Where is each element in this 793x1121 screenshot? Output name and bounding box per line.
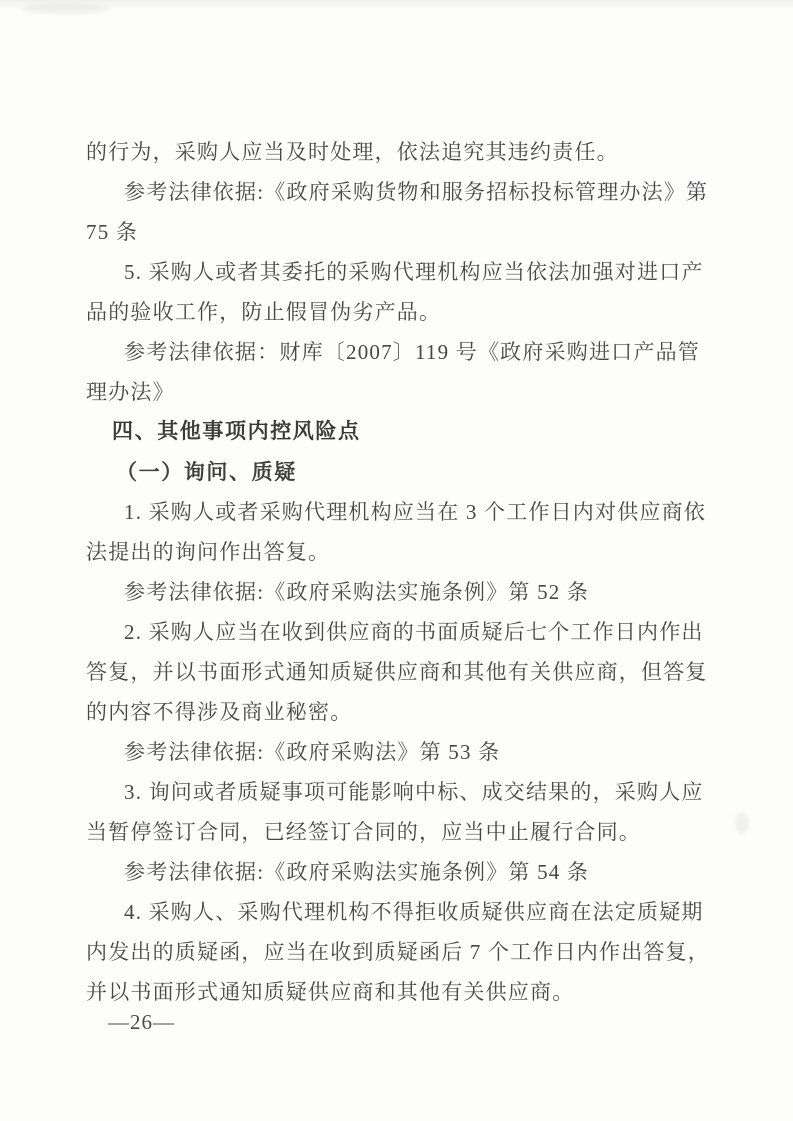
text-line: 并以书面形式通知质疑供应商和其他有关供应商。 xyxy=(86,972,712,1012)
text-line: 当暂停签订合同，已经签订合同的，应当中止履行合同。 xyxy=(86,812,712,852)
text-line: 品的验收工作，防止假冒伪劣产品。 xyxy=(86,292,712,332)
document-body: 的行为，采购人应当及时处理，依法追究其违约责任。 参考法律依据:《政府采购货物和… xyxy=(86,132,712,1012)
text-line: 参考法律依据:《政府采购法实施条例》第 52 条 xyxy=(86,572,712,612)
text-line: 内发出的质疑函，应当在收到质疑函后 7 个工作日内作出答复， xyxy=(86,932,712,972)
text-line: 3. 询问或者质疑事项可能影响中标、成交结果的，采购人应 xyxy=(86,772,712,812)
subsection-heading: （一）询问、质疑 xyxy=(86,452,712,492)
text-line: 4. 采购人、采购代理机构不得拒收质疑供应商在法定质疑期 xyxy=(86,892,712,932)
scan-artifact xyxy=(735,812,749,834)
text-line: 5. 采购人或者其委托的采购代理机构应当依法加强对进口产 xyxy=(86,252,712,292)
text-line: 参考法律依据:《政府采购法》第 53 条 xyxy=(86,732,712,772)
text-line: 的行为，采购人应当及时处理，依法追究其违约责任。 xyxy=(86,132,712,172)
section-heading: 四、其他事项内控风险点 xyxy=(86,412,712,452)
text-line: 1. 采购人或者采购代理机构应当在 3 个工作日内对供应商依 xyxy=(86,492,712,532)
scan-artifact xyxy=(20,4,110,14)
text-line: 参考法律依据：财库〔2007〕119 号《政府采购进口产品管 xyxy=(86,332,712,372)
scan-edge-artifact xyxy=(0,0,793,10)
text-line: 理办法》 xyxy=(86,372,712,412)
text-line: 答复，并以书面形式通知质疑供应商和其他有关供应商，但答复 xyxy=(86,652,712,692)
text-line: 法提出的询问作出答复。 xyxy=(86,532,712,572)
document-page: 的行为，采购人应当及时处理，依法追究其违约责任。 参考法律依据:《政府采购货物和… xyxy=(0,0,793,1121)
text-line: 的内容不得涉及商业秘密。 xyxy=(86,692,712,732)
text-line: 参考法律依据:《政府采购法实施条例》第 54 条 xyxy=(86,852,712,892)
text-line: 75 条 xyxy=(86,212,712,252)
page-number: —26— xyxy=(108,1006,175,1038)
text-line: 参考法律依据:《政府采购货物和服务招标投标管理办法》第 xyxy=(86,172,712,212)
text-line: 2. 采购人应当在收到供应商的书面质疑后七个工作日内作出 xyxy=(86,612,712,652)
